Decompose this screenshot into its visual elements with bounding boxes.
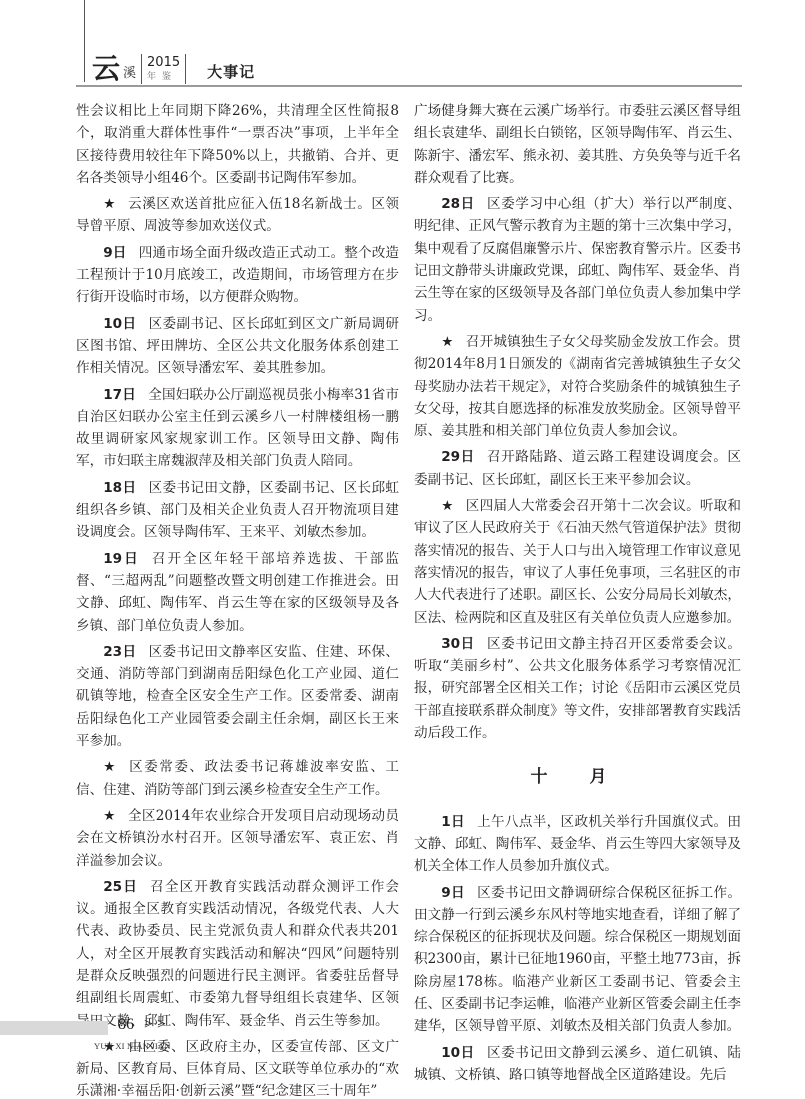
entry-paragraph: 30日区委书记田文静主持召开区委常委会议。听取“美丽乡村”、公共文化服务体系学习… <box>414 633 741 744</box>
header-horizontal-rule <box>76 85 742 87</box>
logo-divider <box>141 54 142 84</box>
entry-text: 广场健身舞大赛在云溪广场举行。市委驻云溪区督导组组长袁建华、副组长白锁铭，区领导… <box>414 103 741 186</box>
entry-paragraph: ★全区2014年农业综合开发项目启动现场动员会在文桥镇汾水村召开。区领导潘宏军、… <box>76 805 399 872</box>
entry-text: 性会议相比上年同期下降26%，共清理全区性简报8个，取消重大群体性事件“一票否决… <box>76 103 399 186</box>
entry-paragraph: 25日召全区开教育实践活动群众测评工作会议。通报全区教育实践活动情况，各级党代表… <box>76 876 399 1032</box>
entry-text: 召全区开教育实践活动群众测评工作会议。通报全区教育实践活动情况，各级党代表、人大… <box>76 879 399 1029</box>
entry-date: 23日 <box>103 644 136 660</box>
entry-text: 区委书记田文静调研综合保税区征拆工作。田文静一行到云溪乡东风村等地实地查看，详细… <box>414 885 741 1035</box>
entry-date: 29日 <box>441 449 475 465</box>
entry-paragraph: ★区委常委、政法委书记蒋雄波率安监、工信、住建、消防等部门到云溪乡检查安全生产工… <box>76 756 399 801</box>
logo-char-yun: 云 <box>92 54 120 84</box>
entry-paragraph: ★召开城镇独生子女父母奖励金发放工作会。贯彻2014年8月1日颁发的《湖南省完善… <box>414 331 741 442</box>
page-number: 86 <box>118 1016 134 1033</box>
star-icon: ★ <box>441 498 453 514</box>
star-icon: ★ <box>441 334 453 350</box>
section-title: 大事记 <box>207 61 255 82</box>
entry-date: 18日 <box>103 480 136 496</box>
entry-text: 召开城镇独生子女父母奖励金发放工作会。贯彻2014年8月1日颁发的《湖南省完善城… <box>414 334 741 439</box>
entry-paragraph: 23日区委书记田文静率区安监、住建、环保、交通、消防等部门到湖南岳阳绿色化工产业… <box>76 641 399 752</box>
entry-paragraph: 性会议相比上年同期下降26%，共清理全区性简报8个，取消重大群体性事件“一票否决… <box>76 100 399 189</box>
entry-text: 全区2014年农业综合开发项目启动现场动员会在文桥镇汾水村召开。区领导潘宏军、袁… <box>76 808 399 869</box>
entry-paragraph: 10日区委书记田文静到云溪乡、道仁矶镇、陆城镇、文桥镇、路口镇等地督战全区道路建… <box>414 1042 741 1087</box>
month-heading: 十 月 <box>414 766 741 788</box>
entry-paragraph: ★云溪区欢送首批应征入伍18名新战士。区领导曾平原、周波等参加欢送仪式。 <box>76 193 399 238</box>
entry-date: 17日 <box>103 387 136 403</box>
logo-char-xi: 溪 <box>123 66 136 82</box>
star-icon: ★ <box>103 759 117 775</box>
entry-paragraph: 10日区委副书记、区长邱虹到区文广新局调研区图书馆、坪田牌坊、全区公共文化服务体… <box>76 313 399 380</box>
star-icon: ★ <box>103 808 116 824</box>
entry-text: 云溪区欢送首批应征入伍18名新战士。区领导曾平原、周波等参加欢送仪式。 <box>76 196 399 234</box>
entry-paragraph: 19日召开全区年轻干部培养选拔、干部监督、“三超两乱”问题整改暨文明创建工作推进… <box>76 548 399 637</box>
page-arrows: > > <box>144 1016 166 1033</box>
entry-paragraph: 广场健身舞大赛在云溪广场举行。市委驻云溪区督导组组长袁建华、副组长白锁铭，区领导… <box>414 100 741 189</box>
entry-date: 19日 <box>103 551 139 567</box>
entry-text: 区委学习中心组（扩大）举行以严制度、明纪律、正风气警示教育为主题的第十三次集中学… <box>414 196 741 323</box>
entry-date: 30日 <box>441 636 475 652</box>
logo-yearbook-label: 年鉴 <box>147 70 177 84</box>
entry-paragraph: 17日全国妇联办公厅副巡视员张小梅率31省市自治区妇联办公室主任到云溪乡八一村牌… <box>76 384 399 473</box>
entry-paragraph: 1日上午八点半，区政机关举行升国旗仪式。田文静、邱虹、陶伟军、聂金华、肖云生等四… <box>414 811 741 878</box>
footer-page-indicator: 86 > > <box>118 1016 166 1034</box>
left-column: 性会议相比上年同期下降26%，共清理全区性简报8个，取消重大群体性事件“一票否决… <box>76 100 399 1099</box>
entry-date: 9日 <box>441 885 465 901</box>
entry-date: 25日 <box>103 879 138 895</box>
running-header: 云 溪 2015 年鉴 大事记 <box>84 48 255 84</box>
entry-date: 10日 <box>441 1045 475 1061</box>
entry-date: 10日 <box>103 316 136 332</box>
footer-bar <box>0 1021 108 1035</box>
star-icon: ★ <box>103 196 116 212</box>
footer-subtitle: YUN XI NIAN JIAN <box>94 1041 171 1051</box>
logo-divider-2 <box>185 54 186 84</box>
entry-paragraph: 18日区委书记田文静，区委副书记、区长邱虹组织各乡镇、部门及相关企业负责人召开物… <box>76 477 399 544</box>
entry-paragraph: 9日四通市场全面升级改造正式动工。整个改造工程预计于10月底竣工，改造期间，市场… <box>76 242 399 309</box>
entry-text: 区委常委、政法委书记蒋雄波率安监、工信、住建、消防等部门到云溪乡检查安全生产工作… <box>76 759 399 797</box>
right-column: 广场健身舞大赛在云溪广场举行。市委驻云溪区督导组组长袁建华、副组长白锁铭，区领导… <box>414 100 741 1090</box>
entry-paragraph: ★区四届人大常委会召开第十二次会议。听取和审议了区人民政府关于《石油天然气管道保… <box>414 495 741 629</box>
entry-date: 9日 <box>103 245 126 261</box>
logo-year-block: 2015 年鉴 <box>147 55 180 84</box>
logo-year: 2015 <box>147 55 180 70</box>
entry-paragraph: 9日区委书记田文静调研综合保税区征拆工作。田文静一行到云溪乡东风村等地实地查看，… <box>414 882 741 1038</box>
entry-paragraph: 28日区委学习中心组（扩大）举行以严制度、明纪律、正风气警示教育为主题的第十三次… <box>414 193 741 327</box>
entry-paragraph: 29日召开路陆路、道云路工程建设调度会。区委副书记、区长邱虹，副区长王来平参加会… <box>414 446 741 491</box>
entry-date: 1日 <box>441 814 465 830</box>
entry-text: 区四届人大常委会召开第十二次会议。听取和审议了区人民政府关于《石油天然气管道保护… <box>414 498 741 625</box>
entry-date: 28日 <box>441 196 475 212</box>
